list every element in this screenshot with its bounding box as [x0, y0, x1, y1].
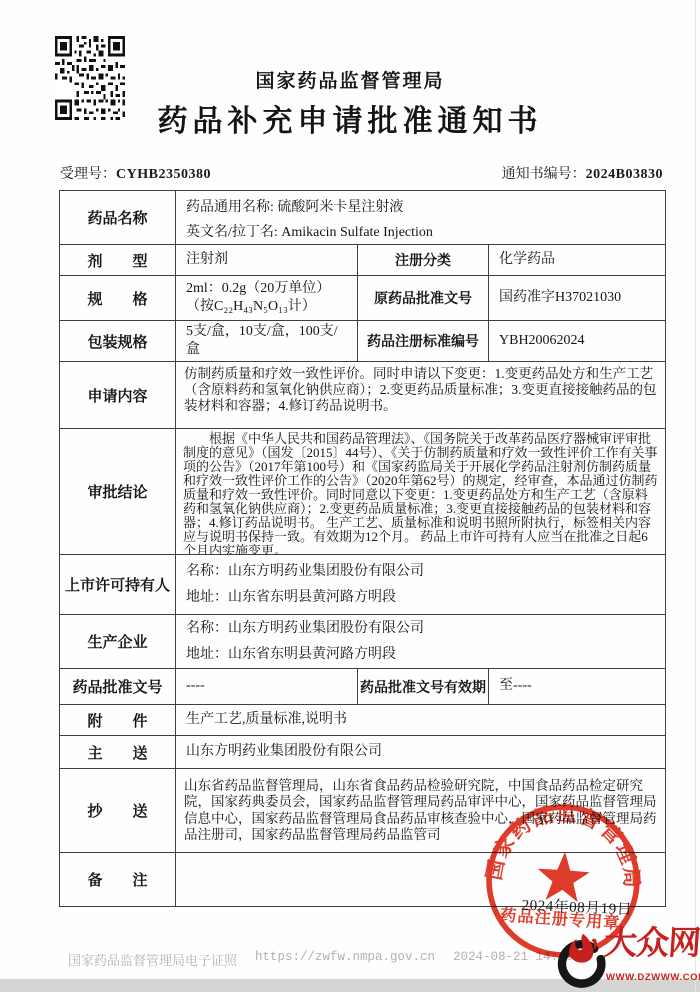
spec-label: 规 格: [60, 276, 176, 320]
meta-row: 受理号：CYHB2350380 通知书编号：2024B03830: [60, 163, 663, 183]
footer-cert-text: 国家药品监督管理局电子证照: [68, 950, 237, 969]
reg-std-no-value: YBH20062024: [489, 321, 665, 361]
conclusion-label: 审批结论: [60, 429, 176, 554]
drug-name-label: 药品名称: [60, 191, 176, 244]
notice-number-label: 通知书编号：: [502, 167, 586, 182]
approval-no-value: ----: [176, 669, 358, 704]
holder-address: 地址：山东省东明县黄河路方明段: [186, 585, 655, 610]
dzwww-site-url: WWW.DZWWW.COM: [606, 972, 700, 983]
orig-approval-no-value: 国药准字H37021030: [489, 276, 665, 320]
manufacturer-name: 名称：山东方明药业集团股份有限公司: [186, 616, 655, 641]
dzwww-logo-text: 大众网: [603, 928, 700, 961]
row-dosage-form: 剂 型 注射剂 注册分类 化学药品: [60, 245, 665, 276]
row-drug-name: 药品名称 药品通用名称: 硫酸阿米卡星注射液 英文名/拉丁名: Amikacin…: [60, 191, 665, 245]
document-title: 药品补充申请批准通知书: [30, 96, 670, 140]
main-send-value: 山东方明药业集团股份有限公司: [176, 736, 665, 768]
reg-class-value: 化学药品: [489, 245, 665, 275]
row-conclusion: 审批结论 根据《中华人民共和国药品管理法》、《国务院关于改革药品医疗器械审评审批…: [60, 429, 665, 555]
row-manufacturer: 生产企业 名称：山东方明药业集团股份有限公司 地址：山东省东明县黄河路方明段: [60, 615, 665, 669]
remarks-label: 备 注: [60, 853, 176, 906]
attachments-value: 生产工艺,质量标准,说明书: [176, 705, 665, 735]
notice-number-value: 2024B03830: [586, 167, 663, 182]
approval-validity-label: 药品批准文号有效期: [358, 669, 489, 704]
holder-label: 上市许可持有人: [60, 555, 176, 614]
dzwww-watermark: 大众网 WWW.DZWWW.COM: [548, 916, 700, 992]
drug-name-value: 药品通用名称: 硫酸阿米卡星注射液 英文名/拉丁名: Amikacin Sulf…: [176, 191, 665, 244]
dosage-form-value: 注射剂: [176, 245, 358, 275]
pack-spec-value: 5支/盒，10支/盒，100支/盒: [176, 321, 358, 361]
orig-approval-no-label: 原药品批准文号: [358, 276, 489, 320]
notice-number: 通知书编号：2024B03830: [502, 163, 663, 183]
approval-notice-document: 国家药品监督管理局 药品补充申请批准通知书 受理号：CYHB2350380 通知…: [0, 0, 700, 992]
application-value: 仿制药质量和疗效一致性评价。同时申请以下变更：1.变更药品处方和生产工艺（含原料…: [176, 362, 665, 428]
dosage-form-label: 剂 型: [60, 245, 176, 275]
drug-generic-name: 药品通用名称: 硫酸阿米卡星注射液: [186, 195, 655, 220]
approval-validity-value: 至----: [489, 669, 665, 704]
acceptance-number-value: CYHB2350380: [116, 167, 211, 182]
reg-std-no-label: 药品注册标准编号: [358, 321, 489, 361]
row-application: 申请内容 仿制药质量和疗效一致性评价。同时申请以下变更：1.变更药品处方和生产工…: [60, 362, 665, 429]
spec-value: 2ml：0.2g（20万单位）（按C₂₂H₄₃N₅O₁₃计）: [176, 276, 358, 320]
main-send-label: 主 送: [60, 736, 176, 768]
manufacturer-label: 生产企业: [60, 615, 176, 668]
row-pack-spec: 包装规格 5支/盒，10支/盒，100支/盒 药品注册标准编号 YBH20062…: [60, 321, 665, 362]
manufacturer-value: 名称：山东方明药业集团股份有限公司 地址：山东省东明县黄河路方明段: [176, 615, 665, 668]
footer-url: https://zwfw.nmpa.gov.cn: [255, 950, 435, 969]
row-approval-no: 药品批准文号 ---- 药品批准文号有效期 至----: [60, 669, 665, 705]
manufacturer-address: 地址：山东省东明县黄河路方明段: [186, 642, 655, 667]
row-holder: 上市许可持有人 名称：山东方明药业集团股份有限公司 地址：山东省东明县黄河路方明…: [60, 555, 665, 615]
row-main-send: 主 送 山东方明药业集团股份有限公司: [60, 736, 665, 769]
pack-spec-label: 包装规格: [60, 321, 176, 361]
reg-class-label: 注册分类: [358, 245, 489, 275]
holder-value: 名称：山东方明药业集团股份有限公司 地址：山东省东明县黄河路方明段: [176, 555, 665, 614]
approval-no-label: 药品批准文号: [60, 669, 176, 704]
acceptance-number-label: 受理号：: [60, 167, 116, 182]
seal-star-icon: [536, 850, 591, 903]
agency-name: 国家药品监督管理局: [30, 66, 670, 93]
application-label: 申请内容: [60, 362, 176, 428]
conclusion-value: 根据《中华人民共和国药品管理法》、《国务院关于改革药品医疗器械审评审批制度的意见…: [176, 429, 665, 554]
holder-name: 名称：山东方明药业集团股份有限公司: [186, 559, 655, 584]
attachments-label: 附 件: [60, 705, 176, 735]
row-attachments: 附 件 生产工艺,质量标准,说明书: [60, 705, 665, 736]
approval-table: 药品名称 药品通用名称: 硫酸阿米卡星注射液 英文名/拉丁名: Amikacin…: [59, 190, 666, 907]
cc-label: 抄 送: [60, 769, 176, 852]
drug-english-name: 英文名/拉丁名: Amikacin Sulfate Injection: [186, 220, 655, 244]
page-edge-line: [695, 0, 696, 992]
acceptance-number: 受理号：CYHB2350380: [60, 163, 211, 183]
row-spec: 规 格 2ml：0.2g（20万单位）（按C₂₂H₄₃N₅O₁₃计） 原药品批准…: [60, 276, 665, 321]
